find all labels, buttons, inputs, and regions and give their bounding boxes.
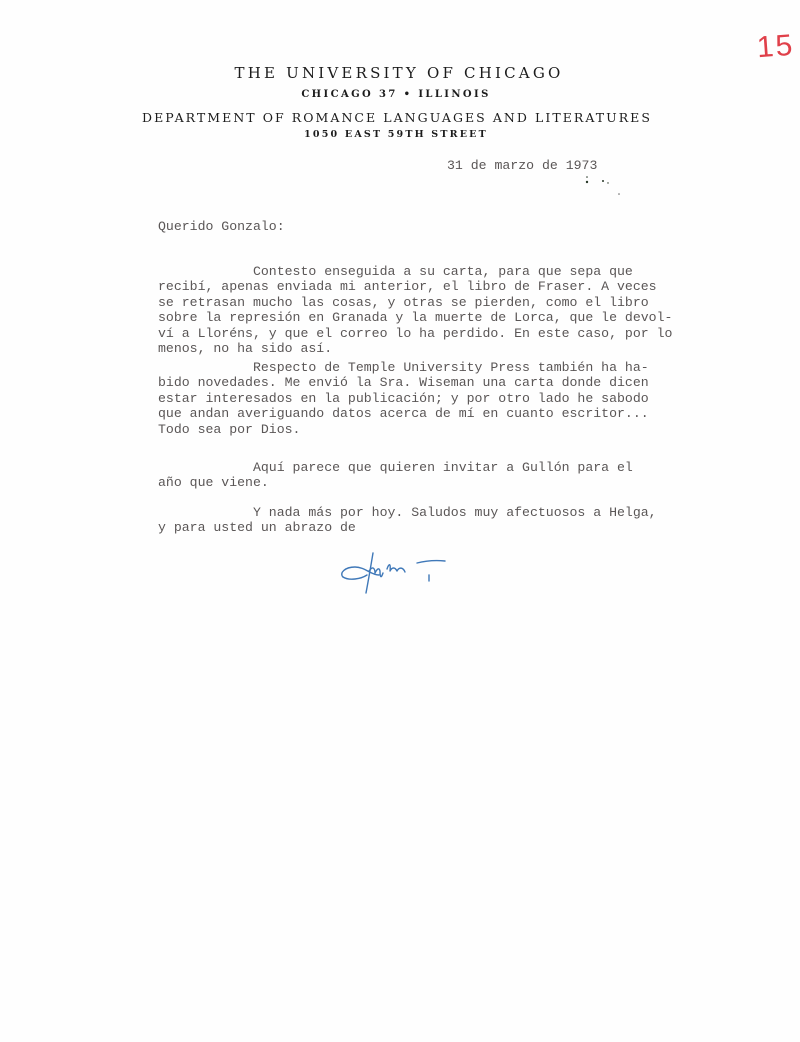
letterhead-department: DEPARTMENT OF ROMANCE LANGUAGES AND LITE… [0, 109, 800, 127]
letterhead-address: 1050 EAST 59TH STREET [0, 127, 800, 143]
letter-paragraph: Contesto enseguida a su carta, para que … [158, 264, 672, 356]
letter-paragraph: Y nada más por hoy. Saludos muy afectuos… [158, 505, 657, 536]
page-number-annotation: 15 [756, 29, 796, 66]
letterhead: THE UNIVERSITY OF CHICAGO CHICAGO 37 • I… [0, 62, 800, 143]
letter-paragraph: Respecto de Temple University Press tamb… [158, 360, 649, 437]
ink-specks [585, 170, 625, 195]
letter-salutation: Querido Gonzalo: [158, 219, 285, 234]
handwritten-signature [335, 545, 475, 595]
letter-paragraph: Aquí parece que quieren invitar a Gullón… [158, 460, 633, 491]
letterhead-institution: THE UNIVERSITY OF CHICAGO [0, 62, 800, 84]
letterhead-city: CHICAGO 37 • ILLINOIS [0, 86, 800, 104]
letter-page: 15 THE UNIVERSITY OF CHICAGO CHICAGO 37 … [0, 0, 800, 1042]
letter-date: 31 de marzo de 1973 [447, 158, 597, 173]
